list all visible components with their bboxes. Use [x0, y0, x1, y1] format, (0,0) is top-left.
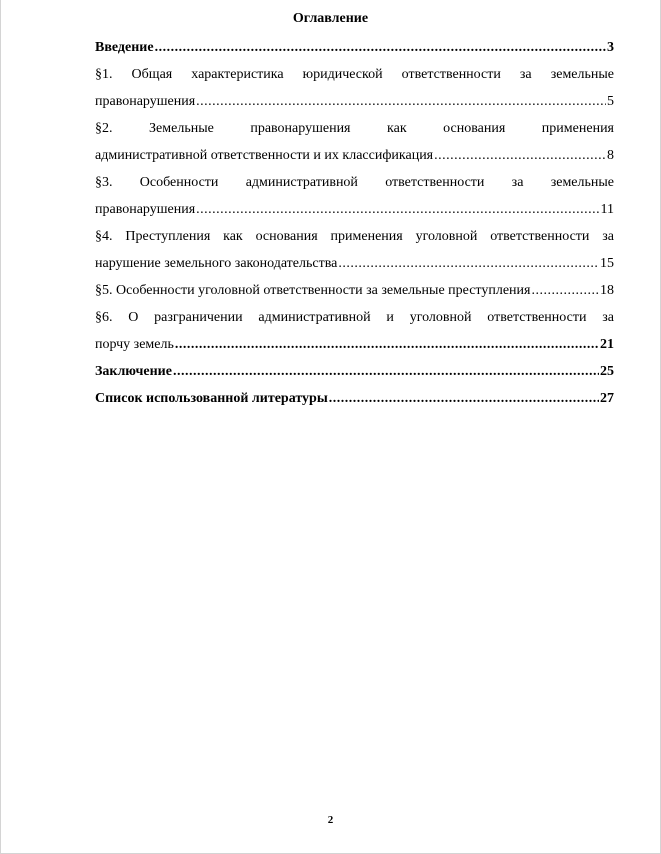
toc-entry-page: 25: [600, 358, 614, 385]
dot-leader: [196, 88, 606, 115]
toc-entry-page: 5: [607, 88, 614, 115]
toc-title: Оглавление: [1, 10, 660, 28]
toc-entry-line: §3. Особенности административной ответст…: [95, 169, 614, 196]
dot-leader: [338, 250, 599, 277]
toc-entry[interactable]: §3. Особенности административной ответст…: [95, 169, 614, 223]
toc-entry-page: 27: [600, 385, 614, 412]
toc-entry-line: §2. Земельные правонарушения как основан…: [95, 115, 614, 142]
dot-leader: [329, 385, 599, 412]
toc-entry-page: 21: [600, 331, 614, 358]
dot-leader: [531, 277, 599, 304]
page-number: 2: [1, 814, 660, 826]
dot-leader: [155, 34, 606, 61]
dot-leader: [173, 358, 599, 385]
toc-entry-title: правонарушения: [95, 196, 195, 223]
toc-entry[interactable]: §6. О разграничении административной и у…: [95, 304, 614, 358]
toc-entry-page: 15: [600, 250, 614, 277]
toc-entry-line: §6. О разграничении административной и у…: [95, 304, 614, 331]
toc-entry-title: Заключение: [95, 358, 172, 385]
toc-entry[interactable]: §1. Общая характеристика юридической отв…: [95, 61, 614, 115]
toc-entry-title: порчу земель: [95, 331, 174, 358]
toc-entry-page: 3: [607, 34, 614, 61]
toc-entry-title: Список использованной литературы: [95, 385, 328, 412]
toc-entry[interactable]: §2. Земельные правонарушения как основан…: [95, 115, 614, 169]
toc-entry[interactable]: Введение3: [95, 34, 614, 61]
toc-entry-title: Введение: [95, 34, 154, 61]
toc-entry-title: §5. Особенности уголовной ответственност…: [95, 277, 530, 304]
toc-entry-page: 18: [600, 277, 614, 304]
dot-leader: [175, 331, 599, 358]
toc-entry-title: нарушение земельного законодательства: [95, 250, 337, 277]
toc-entry[interactable]: §4. Преступления как основания применени…: [95, 223, 614, 277]
dot-leader: [196, 196, 599, 223]
toc-entry-title: правонарушения: [95, 88, 195, 115]
toc-entry[interactable]: Заключение25: [95, 358, 614, 385]
toc-entry[interactable]: Список использованной литературы27: [95, 385, 614, 412]
toc-entry-line: §4. Преступления как основания применени…: [95, 223, 614, 250]
toc-entry-title: административной ответственности и их кл…: [95, 142, 433, 169]
document-page: Оглавление Введение3§1. Общая характерис…: [0, 0, 661, 854]
table-of-contents: Введение3§1. Общая характеристика юридич…: [95, 34, 614, 412]
toc-entry-page: 11: [601, 196, 614, 223]
toc-entry-page: 8: [607, 142, 614, 169]
toc-entry-line: §1. Общая характеристика юридической отв…: [95, 61, 614, 88]
toc-entry[interactable]: §5. Особенности уголовной ответственност…: [95, 277, 614, 304]
dot-leader: [434, 142, 606, 169]
